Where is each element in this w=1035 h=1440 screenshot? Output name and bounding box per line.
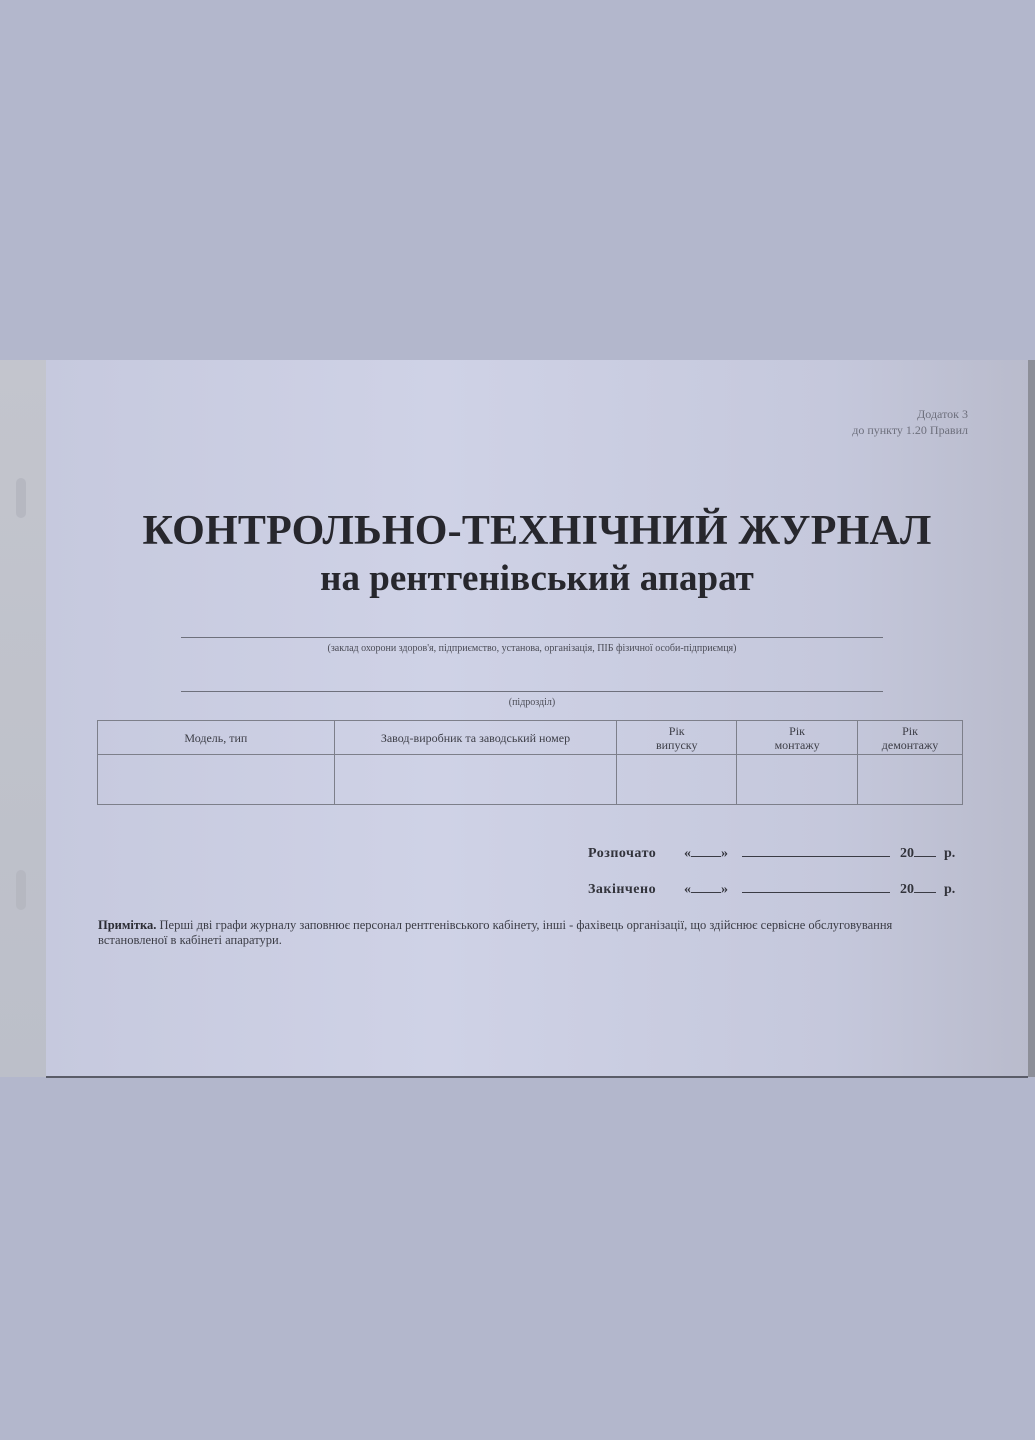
cell-model[interactable] — [98, 755, 335, 805]
footnote-label: Примітка. — [98, 918, 156, 932]
institution-caption: (заклад охорони здоров'я, підприємство, … — [181, 643, 883, 654]
end-date-label: Закінчено — [588, 882, 684, 898]
start-year-field[interactable] — [914, 842, 936, 857]
appendix-line-1: Додаток 3 — [852, 406, 968, 422]
footnote: Примітка. Перші дві графи журналу заповн… — [98, 918, 958, 948]
cell-year-dismantled[interactable] — [858, 755, 963, 805]
institution-field[interactable] — [181, 637, 883, 638]
start-day-field[interactable] — [691, 842, 721, 857]
close-quote: » — [721, 846, 728, 862]
appendix-reference: Додаток 3 до пункту 1.20 Правил — [852, 406, 968, 438]
year-suffix: р. — [944, 846, 955, 862]
binding-hole — [16, 478, 26, 518]
table-row — [98, 755, 963, 805]
date-section: Розпочато « » 20 р. Закінчено « » 20 р. — [588, 842, 968, 914]
column-header-manufacturer: Завод-виробник та заводський номер — [334, 721, 617, 755]
year-prefix: 20 — [900, 846, 914, 862]
binding-hole — [16, 870, 26, 910]
cell-year-manufactured[interactable] — [617, 755, 737, 805]
open-quote: « — [684, 846, 691, 862]
start-month-field[interactable] — [742, 842, 890, 857]
document-title: КОНТРОЛЬНО-ТЕХНІЧНИЙ ЖУРНАЛ — [46, 508, 1028, 554]
start-date-label: Розпочато — [588, 846, 684, 862]
year-prefix: 20 — [900, 882, 914, 898]
end-day-field[interactable] — [691, 878, 721, 893]
column-header-year-dismantled: Рік демонтажу — [858, 721, 963, 755]
cell-year-installed[interactable] — [737, 755, 858, 805]
close-quote: » — [721, 882, 728, 898]
table-header-row: Модель, тип Завод-виробник та заводський… — [98, 721, 963, 755]
department-field[interactable] — [181, 691, 883, 692]
year-suffix: р. — [944, 882, 955, 898]
adjacent-sheet-edge — [0, 360, 46, 1077]
footnote-text: Перші дві графи журналу заповнює персона… — [98, 918, 892, 947]
department-caption: (підрозділ) — [181, 697, 883, 708]
column-header-model: Модель, тип — [98, 721, 335, 755]
end-month-field[interactable] — [742, 878, 890, 893]
start-date-row: Розпочато « » 20 р. — [588, 842, 968, 878]
cell-manufacturer[interactable] — [334, 755, 617, 805]
page-edge-shadow — [1028, 360, 1035, 1077]
open-quote: « — [684, 882, 691, 898]
form-page: Додаток 3 до пункту 1.20 Правил КОНТРОЛЬ… — [46, 360, 1028, 1078]
column-header-year-manufactured: Рік випуску — [617, 721, 737, 755]
document-subtitle: на рентгенівський апарат — [46, 556, 1028, 602]
column-header-year-installed: Рік монтажу — [737, 721, 858, 755]
appendix-line-2: до пункту 1.20 Правил — [852, 422, 968, 438]
end-year-field[interactable] — [914, 878, 936, 893]
end-date-row: Закінчено « » 20 р. — [588, 878, 968, 914]
equipment-table: Модель, тип Завод-виробник та заводський… — [97, 720, 963, 805]
